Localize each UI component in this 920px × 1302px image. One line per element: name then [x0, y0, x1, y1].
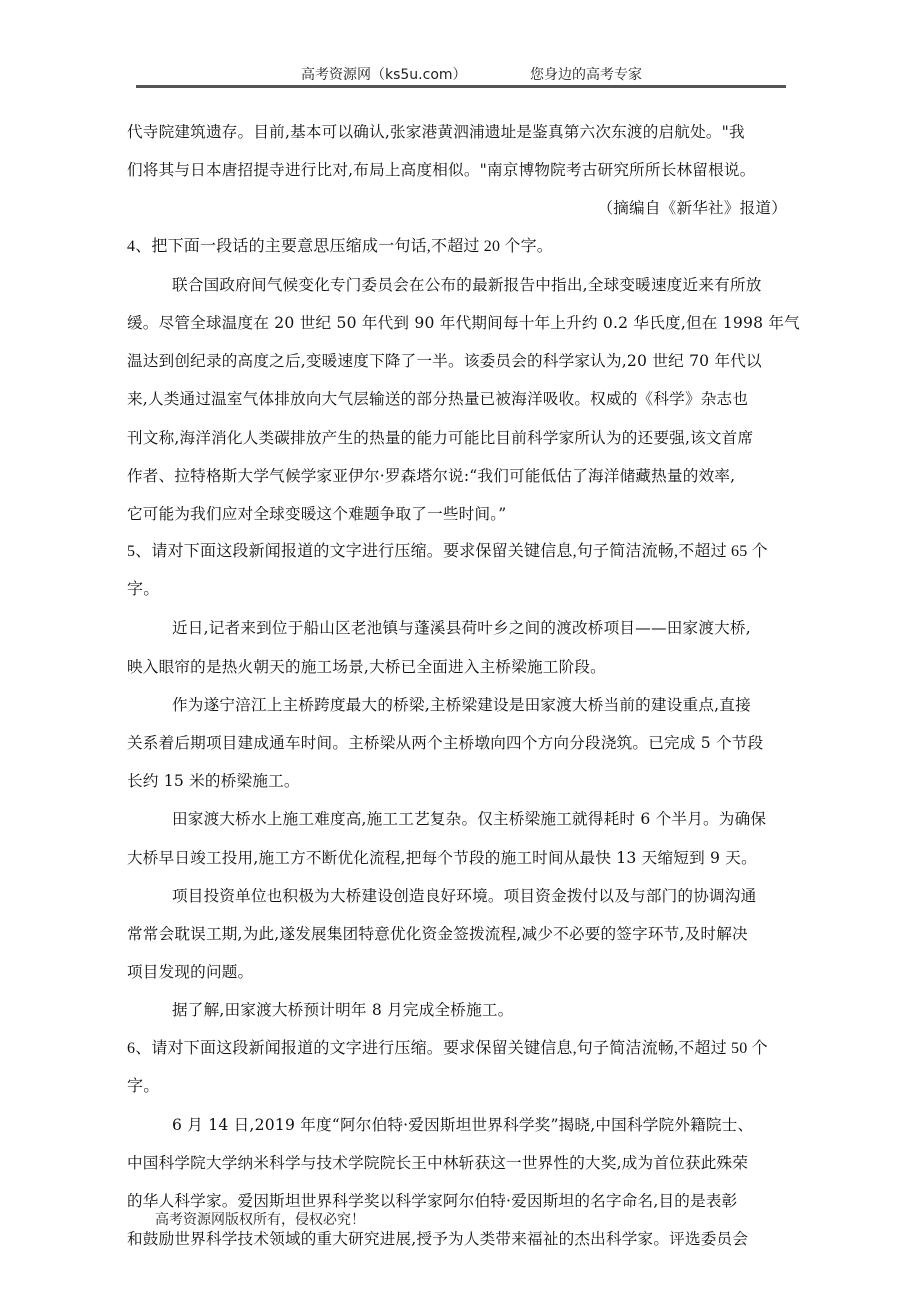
text-line: 联合国政府间气候变化专门委员会在公布的最新报告中指出,全球变暖速度近来有所放	[127, 266, 787, 304]
text-line: 代寺院建筑遗存。目前,基本可以确认,张家港黄泗浦遗址是鉴真第六次东渡的启航处。"…	[127, 113, 787, 151]
question-4-prompt: 4、把下面一段话的主要意思压缩成一句话,不超过 20 个字。	[127, 228, 787, 266]
question-5-prompt-cont: 字。	[127, 571, 787, 609]
text-line: 们将其与日本唐招提寺进行比对,布局上高度相似。"南京博物院考古研究所所长林留根说…	[127, 151, 787, 189]
text-line: 来,人类通过温室气体排放向大气层输送的部分热量已被海洋吸收。权威的《科学》杂志也	[127, 380, 787, 418]
text-line: 长约 15 米的桥梁施工。	[127, 762, 787, 800]
text-line: 作为遂宁涪江上主桥跨度最大的桥梁,主桥梁建设是田家渡大桥当前的建设重点,直接	[127, 686, 787, 724]
text-line: 项目发现的问题。	[127, 953, 787, 991]
text-line: 常常会耽误工期,为此,遂发展集团特意优化资金签拨流程,减少不必要的签字环节,及时…	[127, 915, 787, 953]
text-line: 据了解,田家渡大桥预计明年 8 月完成全桥施工。	[127, 991, 787, 1029]
text-line: 映入眼帘的是热火朝天的施工场景,大桥已全面进入主桥梁施工阶段。	[127, 648, 787, 686]
text-line: 项目投资单位也积极为大桥建设创造良好环境。项目资金拨付以及与部门的协调沟通	[127, 877, 787, 915]
question-6-prompt-cont: 字。	[127, 1068, 787, 1106]
text-line: 田家渡大桥水上施工难度高,施工工艺复杂。仅主桥梁施工就得耗时 6 个半月。为确保	[127, 800, 787, 838]
text-line: 大桥早日竣工投用,施工方不断优化流程,把每个节段的施工时间从最快 13 天缩短到…	[127, 839, 787, 877]
text-line: 6 月 14 日,2019 年度“阿尔伯特·爱因斯坦世界科学奖”揭晓,中国科学院…	[127, 1106, 787, 1144]
text-line: 缓。尽管全球温度在 20 世纪 50 年代到 90 年代期间每十年上升约 0.2…	[127, 304, 787, 342]
question-6-prompt: 6、请对下面这段新闻报道的文字进行压缩。要求保留关键信息,句子简洁流畅,不超过 …	[127, 1030, 787, 1068]
text-line: 温达到创纪录的高度之后,变暖速度下降了一半。该委员会的科学家认为,20 世纪 7…	[127, 342, 787, 380]
header-slogan: 您身边的高考专家	[530, 64, 642, 84]
header-site-name: 高考资源网（ks5u.com）	[301, 64, 467, 84]
text-line: 中国科学院大学纳米科学与技术学院院长王中林斩获这一世界性的大奖,成为首位获此殊荣	[127, 1144, 787, 1182]
document-body: 代寺院建筑遗存。目前,基本可以确认,张家港黄泗浦遗址是鉴真第六次东渡的启航处。"…	[127, 113, 787, 1259]
question-5-prompt: 5、请对下面这段新闻报道的文字进行压缩。要求保留关键信息,句子简洁流畅,不超过 …	[127, 533, 787, 571]
text-line: 作者、拉特格斯大学气候学家亚伊尔·罗森塔尔说:“我们可能低估了海洋储藏热量的效率…	[127, 457, 787, 495]
header-divider	[136, 85, 786, 88]
text-line: 它可能为我们应对全球变暖这个难题争取了一些时间。”	[127, 495, 787, 533]
source-citation: （摘编自《新华社》报道）	[127, 189, 787, 227]
text-line: 近日,记者来到位于船山区老池镇与蓬溪县荷叶乡之间的渡改桥项目——田家渡大桥,	[127, 609, 787, 647]
text-line: 关系着后期项目建成通车时间。主桥梁从两个主桥墩向四个方向分段浇筑。已完成 5 个…	[127, 724, 787, 762]
text-line: 刊文称,海洋消化人类碳排放产生的热量的能力可能比目前科学家所认为的还要强,该文首…	[127, 419, 787, 457]
page-footer: 高考资源网版权所有，侵权必究！	[155, 1209, 365, 1229]
